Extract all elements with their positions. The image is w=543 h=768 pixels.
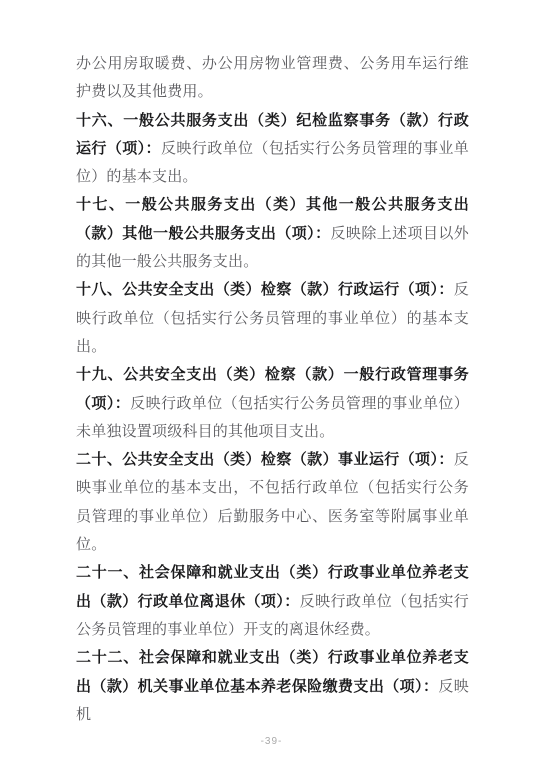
paragraph: 十九、公共安全支出（类）检察（款）一般行政管理事务（项）：反映行政单位（包括实行… bbox=[76, 361, 469, 446]
paragraph: 二十一、社会保障和就业支出（类）行政事业单位养老支出（款）行政单位离退休（项）：… bbox=[76, 559, 469, 644]
paragraph: 十六、一般公共服务支出（类）纪检监察事务（款）行政运行（项）：反映行政单位（包括… bbox=[76, 107, 469, 192]
item-heading-run: 十八、公共安全支出（类）检察（款）行政运行（项）： bbox=[76, 281, 454, 298]
document-page: 办公用房取暖费、办公用房物业管理费、公务用车运行维护费以及其他费用。十六、一般公… bbox=[0, 0, 543, 768]
page-footer: -39- bbox=[0, 736, 543, 747]
item-heading-run: 二十、公共安全支出（类）检察（款）事业运行（项）： bbox=[76, 451, 454, 468]
item-heading-run: 二十二、社会保障和就业支出（类）行政事业单位养老支出（款）机关事业单位基本养老保… bbox=[76, 649, 469, 694]
document-body: 办公用房取暖费、办公用房物业管理费、公务用车运行维护费以及其他费用。十六、一般公… bbox=[76, 50, 469, 729]
paragraph: 二十二、社会保障和就业支出（类）行政事业单位养老支出（款）机关事业单位基本养老保… bbox=[76, 644, 469, 729]
paragraph: 十八、公共安全支出（类）检察（款）行政运行（项）：反映行政单位（包括实行公务员管… bbox=[76, 276, 469, 361]
paragraph: 二十、公共安全支出（类）检察（款）事业运行（项）：反映事业单位的基本支出，不包括… bbox=[76, 446, 469, 559]
page-number: -39- bbox=[261, 736, 283, 747]
paragraph: 十七、一般公共服务支出（类）其他一般公共服务支出（款）其他一般公共服务支出（项）… bbox=[76, 191, 469, 276]
item-description-run: 办公用房取暖费、办公用房物业管理费、公务用车运行维护费以及其他费用。 bbox=[76, 56, 469, 100]
item-description-run: 反映行政单位（包括实行公务员管理的事业单位）未单独设置项级科目的其他项目支出。 bbox=[76, 396, 469, 440]
paragraph: 办公用房取暖费、办公用房物业管理费、公务用车运行维护费以及其他费用。 bbox=[76, 50, 469, 107]
